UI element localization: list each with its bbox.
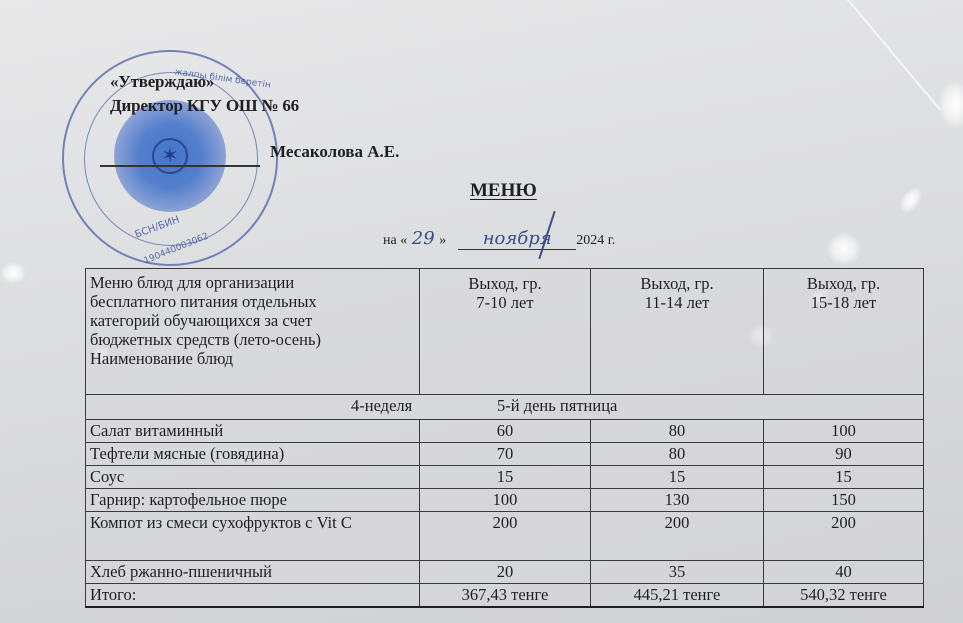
header-line: Выход, гр. xyxy=(595,274,759,293)
dish-name: Компот из смеси сухофруктов с Vit C xyxy=(86,512,420,561)
table-row: Гарнир: картофельное пюре 100 130 150 xyxy=(86,489,924,512)
header-line: 7-10 лет xyxy=(424,293,586,312)
header-line: бюджетных средств (лето-осень) xyxy=(90,330,415,349)
portion-11-14: 80 xyxy=(591,420,764,443)
portion-11-14: 200 xyxy=(591,512,764,561)
star-icon: ✶ xyxy=(152,138,188,174)
week-day-cell: 4-неделя5-й день пятница xyxy=(86,395,924,420)
portion-7-10: 70 xyxy=(420,443,591,466)
dish-name: Тефтели мясные (говядина) xyxy=(86,443,420,466)
signer-name: Месаколова А.Е. xyxy=(270,142,399,162)
table-row: Салат витаминный 60 80 100 xyxy=(86,420,924,443)
paper-crease xyxy=(830,0,941,110)
total-label: Итого: xyxy=(86,584,420,608)
dish-name: Салат витаминный xyxy=(86,420,420,443)
total-7-10: 367,43 тенге xyxy=(420,584,591,608)
portion-7-10: 100 xyxy=(420,489,591,512)
portion-15-18: 100 xyxy=(764,420,924,443)
date-year: 2024 г. xyxy=(576,233,615,248)
total-row: Итого: 367,43 тенге 445,21 тенге 540,32 … xyxy=(86,584,924,608)
portion-7-10: 200 xyxy=(420,512,591,561)
signature-line xyxy=(100,165,260,167)
header-group-15-18: Выход, гр. 15-18 лет xyxy=(764,269,924,395)
portion-15-18: 40 xyxy=(764,561,924,584)
date-month: ноября xyxy=(458,228,576,250)
week-label: 4-неделя xyxy=(351,396,497,415)
dish-name: Соус xyxy=(86,466,420,489)
date-day: 29 xyxy=(407,228,439,249)
portion-15-18: 90 xyxy=(764,443,924,466)
header-line: Выход, гр. xyxy=(768,274,919,293)
portion-11-14: 35 xyxy=(591,561,764,584)
header-line: Наименование блюд xyxy=(90,349,415,368)
table-header-row: Меню блюд для организации бесплатного пи… xyxy=(86,269,924,395)
page-title: МЕНЮ xyxy=(470,180,537,202)
table-row: Соус 15 15 15 xyxy=(86,466,924,489)
light-glare xyxy=(0,262,26,284)
approval-director: Директор КГУ ОШ № 66 xyxy=(110,94,299,118)
portion-7-10: 60 xyxy=(420,420,591,443)
total-11-14: 445,21 тенге xyxy=(591,584,764,608)
menu-date: на «29»ноября2024 г. xyxy=(383,228,615,250)
total-15-18: 540,32 тенге xyxy=(764,584,924,608)
dish-name: Хлеб ржанно-пшеничный xyxy=(86,561,420,584)
menu-table: Меню блюд для организации бесплатного пи… xyxy=(85,268,924,608)
header-line: категорий обучающихся за счет xyxy=(90,311,415,330)
table-row: Тефтели мясные (говядина) 70 80 90 xyxy=(86,443,924,466)
portion-15-18: 15 xyxy=(764,466,924,489)
light-glare xyxy=(895,183,927,218)
portion-11-14: 130 xyxy=(591,489,764,512)
light-glare xyxy=(938,80,963,130)
header-dish-name: Меню блюд для организации бесплатного пи… xyxy=(86,269,420,395)
portion-7-10: 15 xyxy=(420,466,591,489)
portion-11-14: 80 xyxy=(591,443,764,466)
portion-15-18: 200 xyxy=(764,512,924,561)
header-line: Выход, гр. xyxy=(424,274,586,293)
day-label: 5-й день пятница xyxy=(497,396,617,415)
header-line: бесплатного питания отдельных xyxy=(90,292,415,311)
approval-heading: «Утверждаю» xyxy=(110,70,299,94)
date-prefix: на « xyxy=(383,233,407,248)
dish-name: Гарнир: картофельное пюре xyxy=(86,489,420,512)
week-day-row: 4-неделя5-й день пятница xyxy=(86,395,924,420)
date-middle: » xyxy=(439,233,446,248)
table-row: Компот из смеси сухофруктов с Vit C 200 … xyxy=(86,512,924,561)
header-group-7-10: Выход, гр. 7-10 лет xyxy=(420,269,591,395)
light-glare xyxy=(826,232,862,266)
approval-block: «Утверждаю» Директор КГУ ОШ № 66 xyxy=(110,70,299,118)
portion-15-18: 150 xyxy=(764,489,924,512)
table-row: Хлеб ржанно-пшеничный 20 35 40 xyxy=(86,561,924,584)
portion-7-10: 20 xyxy=(420,561,591,584)
portion-11-14: 15 xyxy=(591,466,764,489)
header-group-11-14: Выход, гр. 11-14 лет xyxy=(591,269,764,395)
header-line: 15-18 лет xyxy=(768,293,919,312)
header-line: 11-14 лет xyxy=(595,293,759,312)
header-line: Меню блюд для организации xyxy=(90,273,415,292)
